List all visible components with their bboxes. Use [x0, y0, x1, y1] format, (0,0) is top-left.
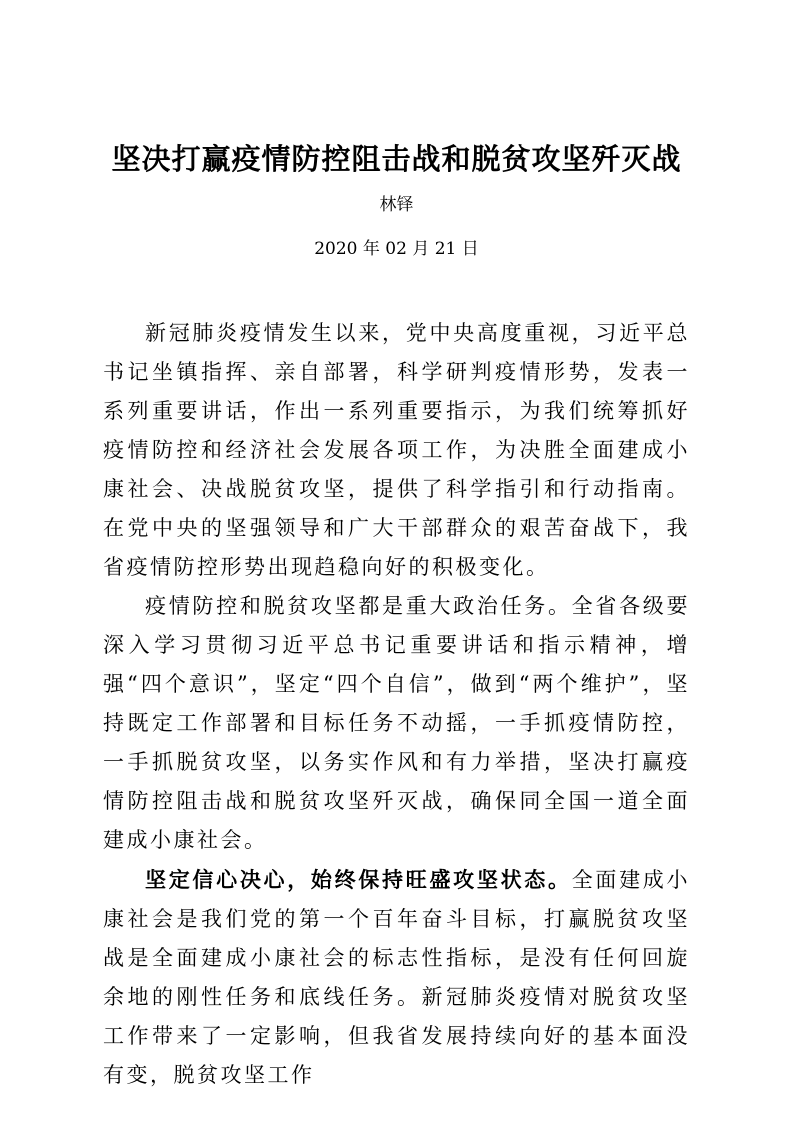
paragraph-1: 新冠肺炎疫情发生以来，党中央高度重视，习近平总书记坐镇指挥、亲自部署，科学研判疫…	[103, 314, 690, 587]
paragraph-3-text: 全面建成小康社会是我们党的第一个百年奋斗目标，打赢脱贫攻坚战是全面建成小康社会的…	[103, 868, 690, 1087]
document-content: 坚决打赢疫情防控阻击战和脱贫攻坚歼灭战 林铎 2020 年 02 月 21 日 …	[103, 0, 690, 1095]
document-title: 坚决打赢疫情防控阻击战和脱贫攻坚歼灭战	[103, 0, 690, 184]
paragraph-3: 坚定信心决心，始终保持旺盛攻坚状态。全面建成小康社会是我们党的第一个百年奋斗目标…	[103, 860, 690, 1095]
paragraph-2: 疫情防控和脱贫攻坚都是重大政治任务。全省各级要深入学习贯彻习近平总书记重要讲话和…	[103, 587, 690, 860]
paragraph-3-bold-lead: 坚定信心决心，始终保持旺盛攻坚状态。	[145, 867, 572, 892]
paragraph-2-text: 疫情防控和脱贫攻坚都是重大政治任务。全省各级要深入学习贯彻习近平总书记重要讲话和…	[103, 594, 690, 852]
paragraph-1-text: 新冠肺炎疫情发生以来，党中央高度重视，习近平总书记坐镇指挥、亲自部署，科学研判疫…	[103, 321, 690, 579]
document-body: 新冠肺炎疫情发生以来，党中央高度重视，习近平总书记坐镇指挥、亲自部署，科学研判疫…	[103, 314, 690, 1095]
publish-date: 2020 年 02 月 21 日	[103, 236, 690, 262]
author-name: 林铎	[103, 192, 690, 218]
document-page: 坚决打赢疫情防控阻击战和脱贫攻坚歼灭战 林铎 2020 年 02 月 21 日 …	[0, 0, 793, 1122]
